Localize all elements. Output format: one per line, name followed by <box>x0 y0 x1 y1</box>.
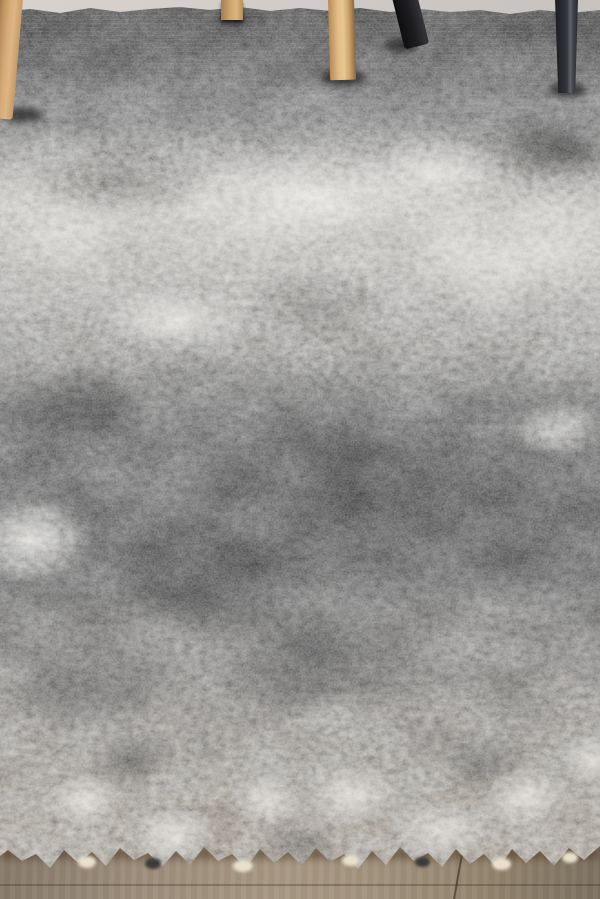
fringe-tuft <box>492 858 511 870</box>
fringe-tuft <box>342 855 359 866</box>
fringe-tuft <box>145 858 161 869</box>
fringe-tuft <box>562 852 578 863</box>
fringe-tuft <box>415 857 430 867</box>
wooden-leg-center <box>328 0 356 80</box>
fringe-tuft <box>78 856 96 868</box>
fringe-tuft <box>233 860 253 872</box>
metal-leg-right <box>555 0 578 93</box>
wooden-leg-back <box>221 0 243 20</box>
rug-photograph <box>0 0 600 899</box>
floor-plank-seam-horizontal <box>0 884 600 886</box>
distressed-shag-rug <box>0 0 600 875</box>
rug-fine-grain-texture <box>0 0 600 875</box>
